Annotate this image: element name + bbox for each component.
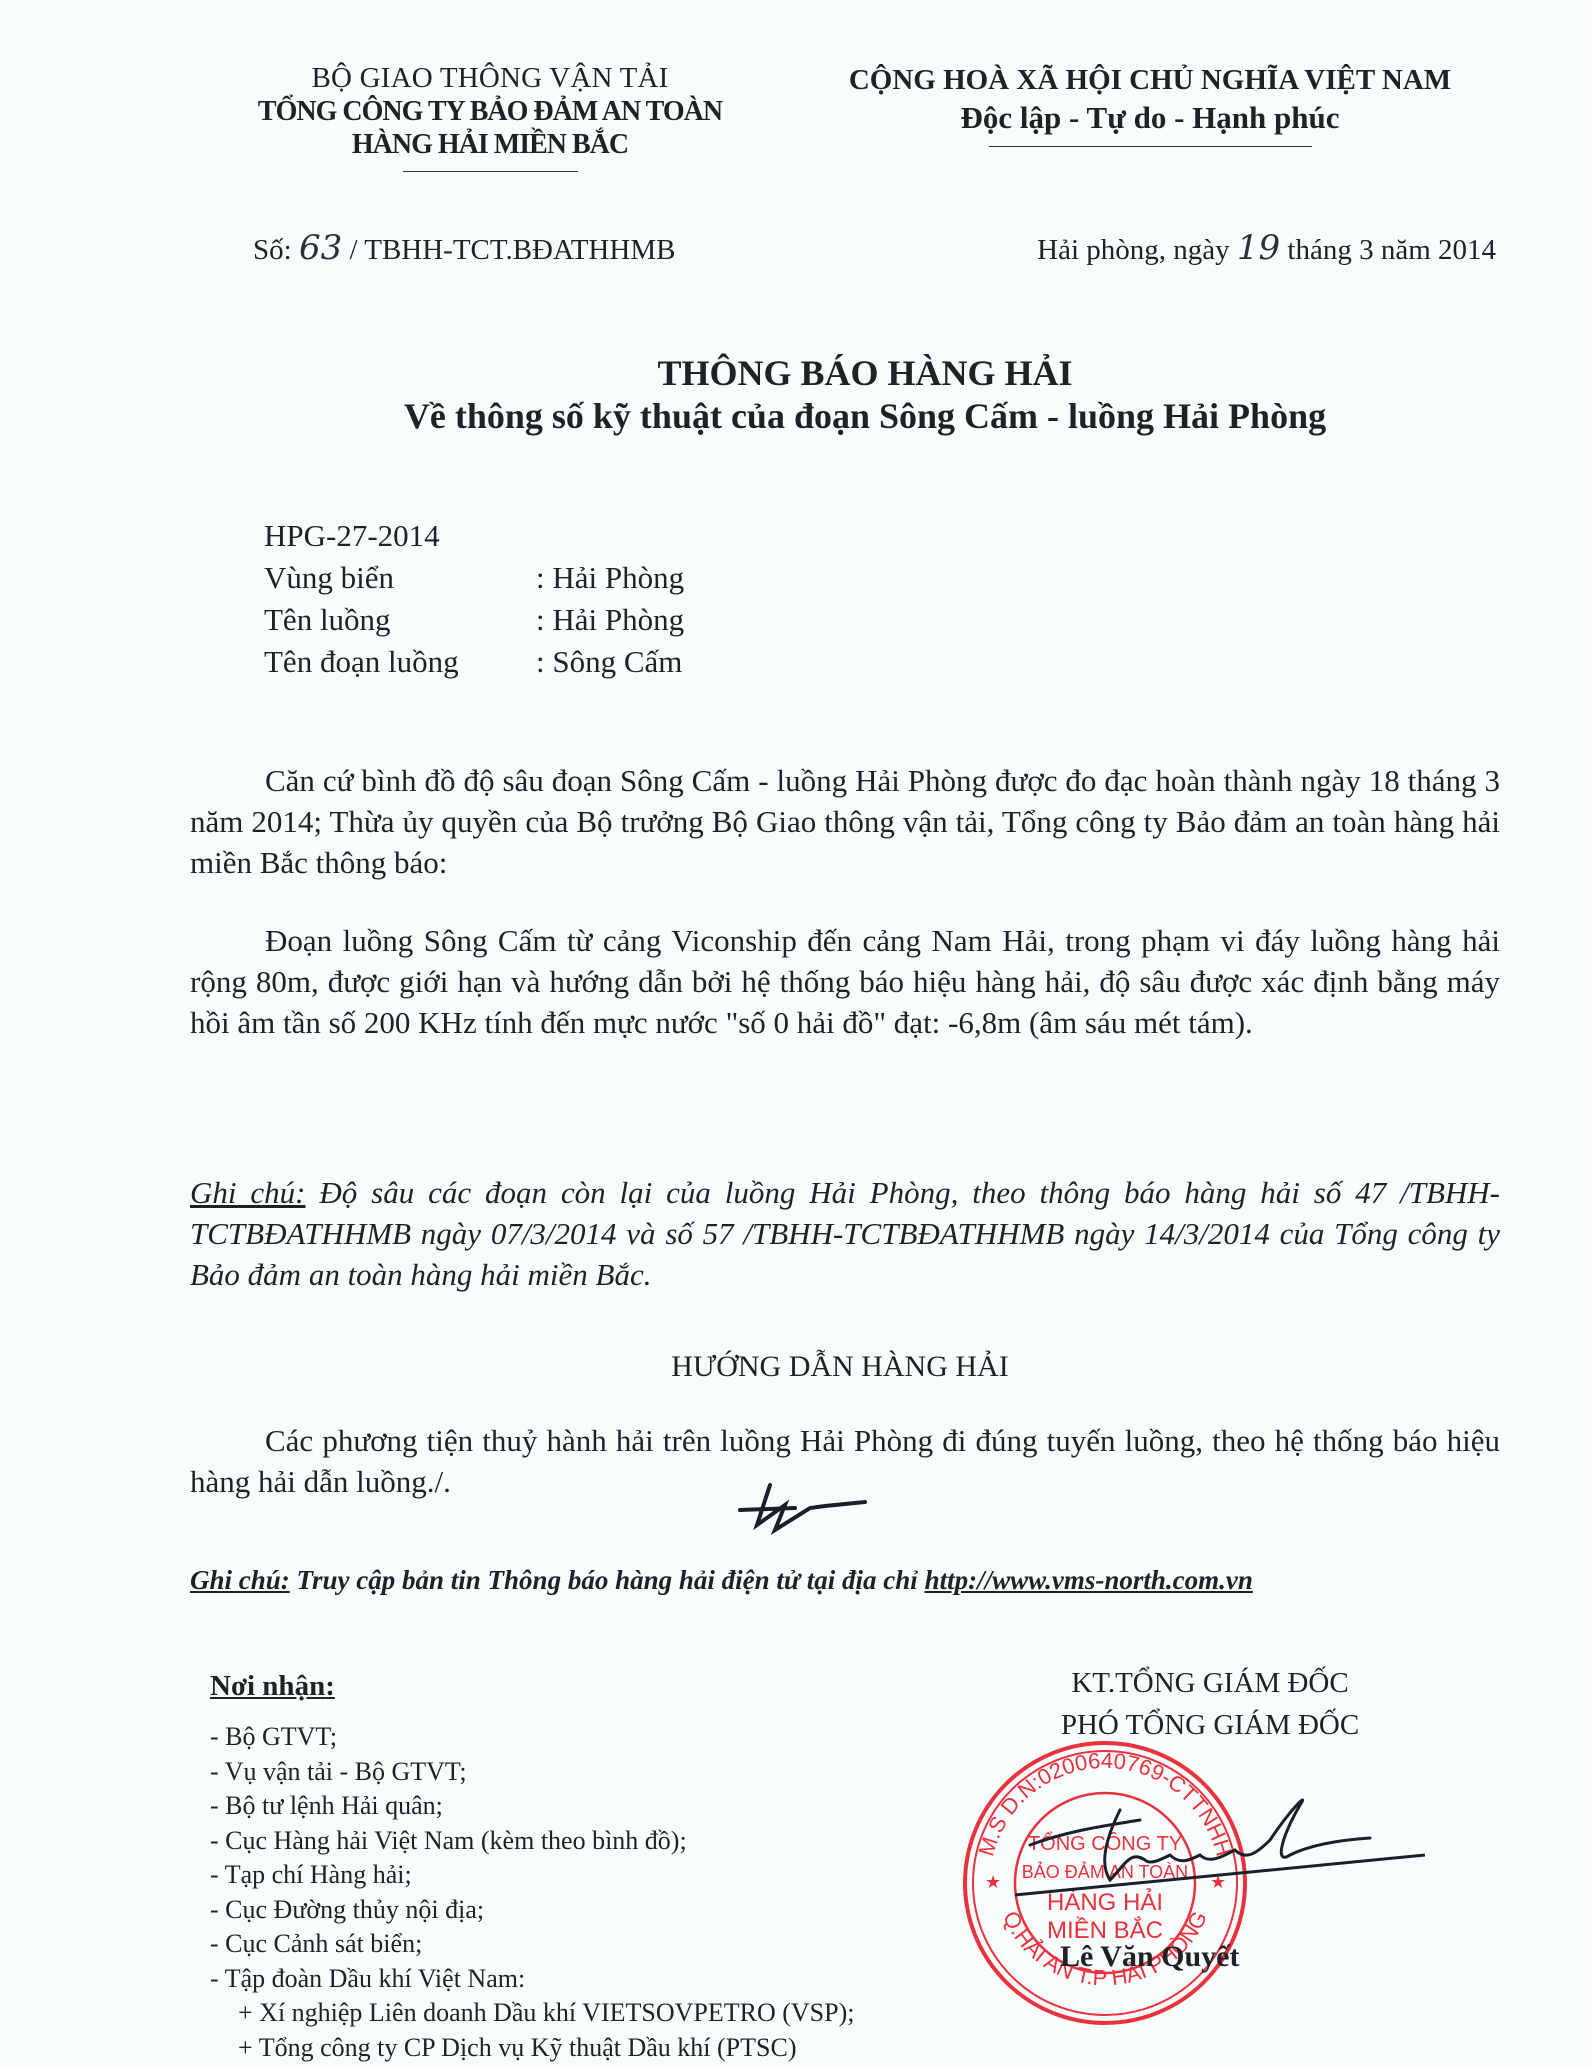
guidance-heading: HƯỚNG DẪN HÀNG HẢI	[190, 1350, 1490, 1384]
date-prefix: Hải phòng, ngày	[1037, 234, 1230, 266]
footer-note-label: Ghi chú:	[190, 1565, 290, 1595]
info-row-sea-area: Vùng biển : Hải Phòng	[264, 557, 684, 599]
date-suffix: tháng 3 năm 2014	[1287, 234, 1496, 266]
recipient-sub-item: + Xí nghiệp Liên doanh Dầu khí VIETSOVPE…	[210, 1996, 854, 2031]
info-label: Tên đoạn luồng	[264, 641, 536, 683]
note-label: Ghi chú:	[190, 1175, 305, 1210]
recipient-item: - Vụ vận tải - Bộ GTVT;	[210, 1755, 854, 1790]
number-suffix: / TBHH-TCT.BĐATHHMB	[349, 234, 675, 266]
signer-title-1: KT.TỔNG GIÁM ĐỐC	[1000, 1662, 1420, 1704]
info-label: Vùng biển	[264, 557, 536, 599]
info-value: : Sông Cấm	[536, 641, 682, 683]
recipient-item: - Tập đoàn Dầu khí Việt Nam:	[210, 1962, 854, 1997]
recipient-item: - Bộ GTVT;	[210, 1720, 854, 1755]
signer-name: Lê Văn Quyết	[1060, 1940, 1239, 1974]
info-value: : Hải Phòng	[536, 599, 684, 641]
note-text: Độ sâu các đoạn còn lại của luồng Hải Ph…	[190, 1175, 1500, 1292]
handwritten-number: 63	[299, 228, 342, 268]
footer-note-text: Truy cập bản tin Thông báo hàng hải điện…	[290, 1565, 925, 1595]
national-motto: Độc lập - Tự do - Hạnh phúc	[800, 98, 1500, 138]
recipients-list: - Bộ GTVT; - Vụ vận tải - Bộ GTVT; - Bộ …	[210, 1720, 854, 2065]
title-subtitle: Về thông số kỹ thuật của đoạn Sông Cấm -…	[230, 394, 1500, 438]
company-name-line1: TỔNG CÔNG TY BẢO ĐẢM AN TOÀN	[230, 95, 750, 128]
notice-code: HPG-27-2014	[264, 515, 684, 557]
info-label: Tên luồng	[264, 599, 536, 641]
recipient-sub-item: + Tổng công ty CP Dịch vụ Kỹ thuật Dầu k…	[210, 2031, 854, 2066]
handwritten-signature-icon	[1010, 1770, 1430, 1910]
title-main: THÔNG BÁO HÀNG HẢI	[230, 352, 1500, 394]
motto-divider	[989, 146, 1312, 147]
info-row-channel-section: Tên đoạn luồng : Sông Cấm	[264, 641, 684, 683]
notice-info: HPG-27-2014 Vùng biển : Hải Phòng Tên lu…	[264, 515, 684, 683]
document-title: THÔNG BÁO HÀNG HẢI Về thông số kỹ thuật …	[230, 352, 1500, 438]
national-header: CỘNG HOÀ XÃ HỘI CHỦ NGHĨA VIỆT NAM Độc l…	[800, 62, 1500, 147]
website-link[interactable]: http://www.vms-north.com.vn	[925, 1565, 1253, 1595]
body-paragraph-1: Căn cứ bình đồ độ sâu đoạn Sông Cấm - lu…	[190, 760, 1500, 883]
info-value: : Hải Phòng	[536, 557, 684, 599]
company-name-line2: HÀNG HẢI MIỀN BẮC	[230, 128, 750, 161]
org-divider	[403, 171, 578, 172]
svg-text:★: ★	[985, 1872, 1001, 1892]
footer-note: Ghi chú: Truy cập bản tin Thông báo hàng…	[190, 1565, 1500, 1596]
info-row-channel: Tên luồng : Hải Phòng	[264, 599, 684, 641]
number-label: Số:	[253, 234, 292, 266]
document-date: Hải phòng, ngày 19 tháng 3 năm 2014	[1037, 228, 1496, 268]
recipients-colon: :	[325, 1670, 335, 1702]
initials-signature-icon	[735, 1480, 875, 1540]
depth-note: Ghi chú: Độ sâu các đoạn còn lại của luồ…	[190, 1172, 1500, 1295]
recipients-heading: Nơi nhận:	[210, 1670, 335, 1703]
recipient-item: - Bộ tư lệnh Hải quân;	[210, 1789, 854, 1824]
recipient-item: - Cục Đường thủy nội địa;	[210, 1893, 854, 1928]
recipient-item: - Cục Cảnh sát biển;	[210, 1927, 854, 1962]
nation-name: CỘNG HOÀ XÃ HỘI CHỦ NGHĨA VIỆT NAM	[800, 62, 1500, 98]
body-paragraph-2: Đoạn luồng Sông Cấm từ cảng Viconship đế…	[190, 920, 1500, 1043]
document-number: Số: 63 / TBHH-TCT.BĐATHHMB	[253, 228, 675, 268]
recipients-heading-text: Nơi nhận	[210, 1670, 325, 1702]
recipient-item: - Cục Hàng hải Việt Nam (kèm theo bình đ…	[210, 1824, 854, 1859]
recipient-item: - Tạp chí Hàng hải;	[210, 1858, 854, 1893]
issuing-organization: BỘ GIAO THÔNG VẬN TẢI TỔNG CÔNG TY BẢO Đ…	[230, 62, 750, 172]
ministry-name: BỘ GIAO THÔNG VẬN TẢI	[230, 62, 750, 95]
signature-block: KT.TỔNG GIÁM ĐỐC PHÓ TỔNG GIÁM ĐỐC	[1000, 1662, 1420, 1746]
signer-title-2: PHÓ TỔNG GIÁM ĐỐC	[1000, 1704, 1420, 1746]
handwritten-day: 19	[1237, 228, 1280, 268]
